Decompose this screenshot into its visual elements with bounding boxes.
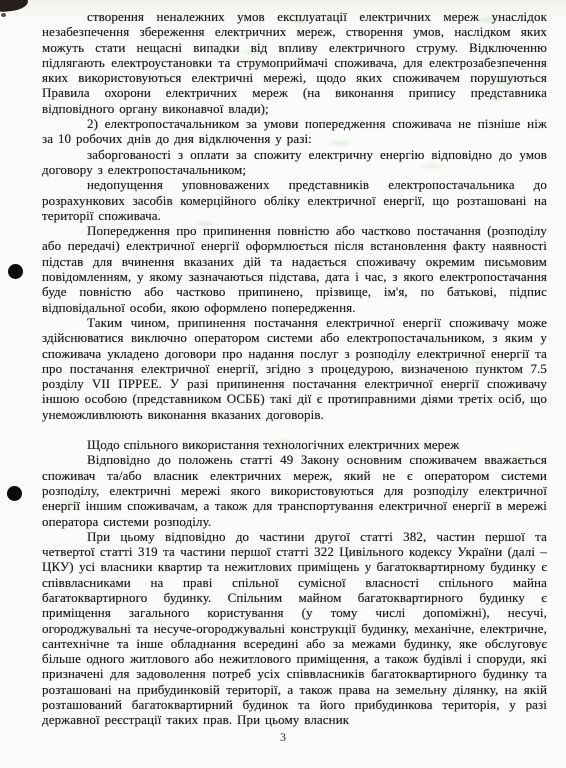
paragraph-cku: При цьому відповідно до частини другої с… (42, 529, 547, 728)
paragraph-access: недопущення уповноважених представників … (42, 177, 547, 223)
scan-artifact-speck (1, 13, 6, 17)
page-number: 3 (0, 730, 566, 745)
paragraph-conclusion: Таким чином, припинення постачання елект… (42, 315, 547, 422)
section-heading: Щодо спільного використання технологічни… (42, 437, 547, 452)
hole-punch-bottom (7, 486, 22, 501)
paragraph-debt: заборгованості з оплати за спожиту елект… (42, 147, 547, 178)
paragraph-intro-continuation: створення неналежних умов експлуатації е… (42, 9, 547, 116)
hole-punch-top (8, 264, 23, 279)
document-page: створення неналежних умов експлуатації е… (0, 0, 566, 768)
paragraph-warning: Попередження про припинення повністю або… (42, 223, 547, 315)
paragraph-item-2: 2) електропостачальником за умови попере… (42, 116, 547, 147)
scan-artifact-corner (0, 0, 29, 13)
document-body: створення неналежних умов експлуатації е… (42, 9, 547, 728)
paragraph-article-49: Відповідно до положень статті 49 Закону … (42, 452, 547, 528)
